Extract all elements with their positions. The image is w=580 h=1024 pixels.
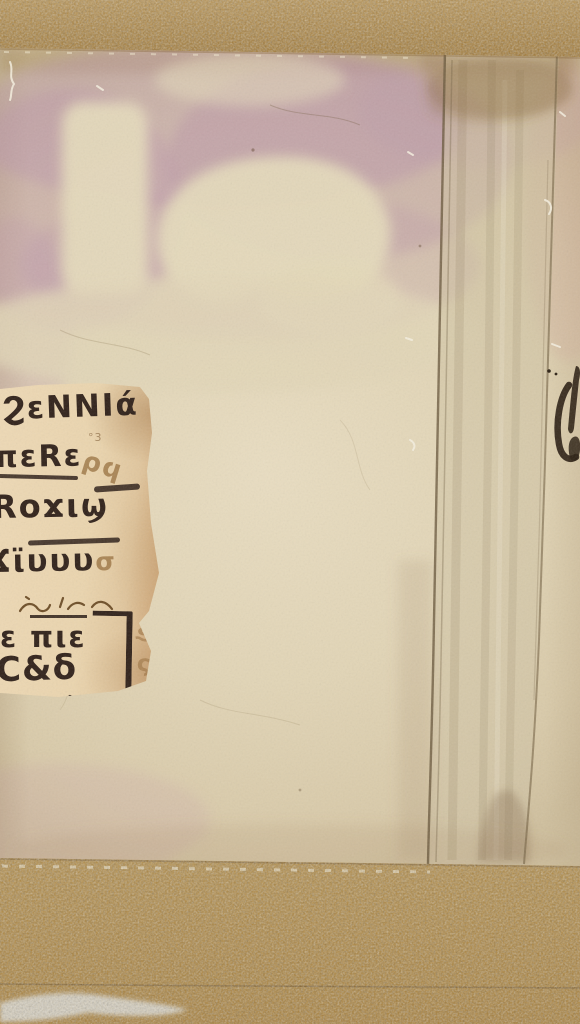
fragment-line4-faded: σ [95, 547, 117, 576]
fragment-line4-text: Ϫϊυυυ [0, 542, 96, 580]
mat-border-bottom [0, 858, 580, 1024]
pasted-fragment: ϨεΝΝΙά °3 πεRερϥ Roϫιϣ Ϫϊυυυσ επιε [0, 383, 168, 697]
fragment-text-line: Ϫϊυυυσ [0, 542, 117, 580]
overline-smudge [94, 483, 140, 492]
fragment-text-line: ϨεΝΝΙά [1, 387, 139, 428]
ink-remnants-right-edge [547, 366, 580, 461]
fragment-line2-faded: ρϥ [79, 446, 127, 487]
fragment-text-line: Roϫιϣ [0, 486, 110, 526]
fragment-line3-text: Roϫιϣ [0, 486, 110, 526]
underline-stroke [0, 474, 78, 480]
fragment-text-line: πεRερϥ [0, 438, 124, 475]
fragment-line2-text: πεRε [0, 439, 83, 476]
photo-frame: ϨεΝΝΙά °3 πεRερϥ Roϫιϣ Ϫϊυυυσ επιε [0, 0, 580, 1024]
fragment-line1-text: ϨεΝΝΙά [1, 387, 139, 428]
mat-border-top [0, 0, 580, 58]
